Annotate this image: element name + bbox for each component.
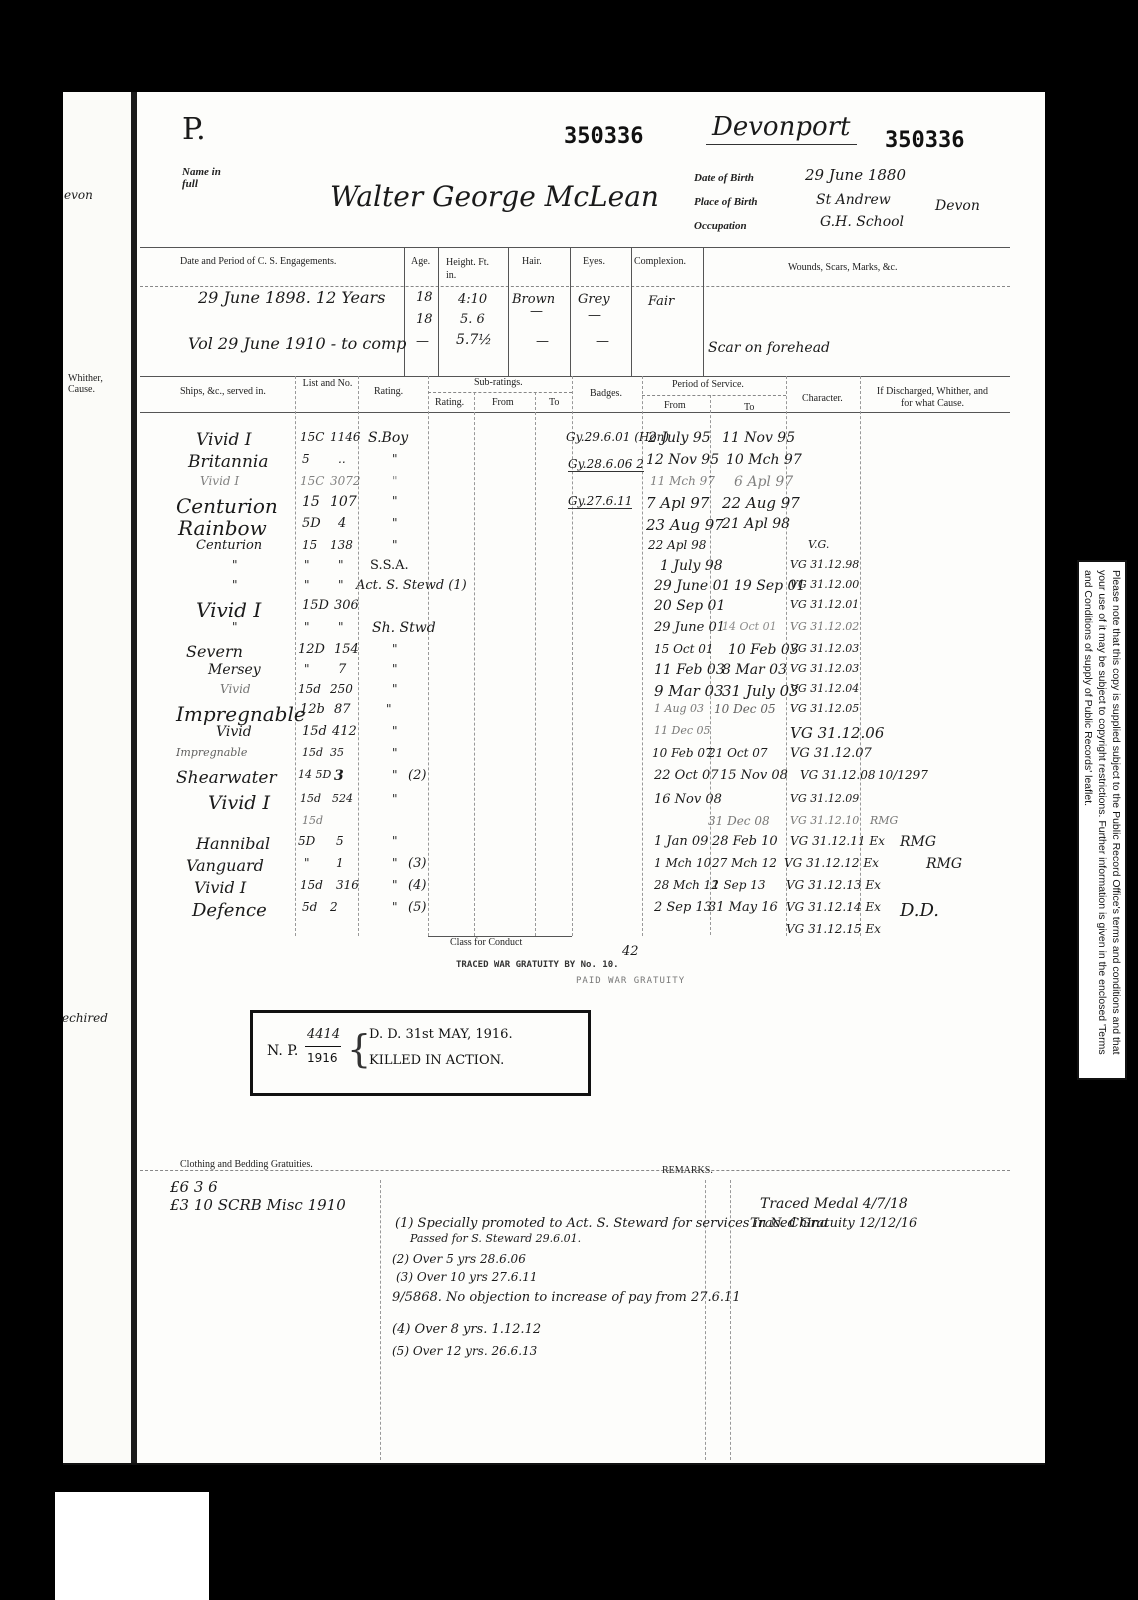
height-2: 5. 6 bbox=[460, 312, 485, 327]
name-label: Name in full bbox=[182, 166, 237, 190]
sheet-edge bbox=[63, 1463, 1045, 1465]
number: 3072 bbox=[330, 474, 361, 488]
service-row: Vanguard " 1 " (3) 1 Mch 10 27 Mch 12 VG… bbox=[0, 856, 1138, 876]
list: " bbox=[304, 620, 310, 634]
to: 6 Apl 97 bbox=[734, 474, 793, 490]
rating: " bbox=[386, 702, 392, 716]
list: 12D bbox=[298, 642, 325, 657]
remarks-label: REMARKS. bbox=[662, 1165, 713, 1176]
number: " bbox=[338, 558, 344, 572]
ship: Centurion bbox=[196, 538, 262, 553]
character: VG 31.12.07 bbox=[790, 746, 872, 761]
copyright-notice-text: Please note that this copy is supplied s… bbox=[1081, 570, 1123, 1070]
ship: Shearwater bbox=[176, 768, 277, 788]
from: 20 Sep 01 bbox=[654, 598, 725, 614]
service-row: Severn 12D 154 " 15 Oct 01 10 Feb 03 VG … bbox=[0, 642, 1138, 662]
class-for-conduct-label: Class for Conduct bbox=[450, 937, 522, 948]
character: VG 31.12.05 bbox=[790, 702, 859, 715]
list: 15 bbox=[302, 494, 320, 510]
number: 3 bbox=[334, 768, 344, 784]
list: 15d bbox=[302, 724, 327, 739]
list: " bbox=[304, 662, 310, 676]
to: 1 Sep 13 bbox=[712, 878, 766, 892]
ship: " bbox=[232, 578, 238, 592]
sub-note: (3) bbox=[408, 856, 426, 871]
character: VG 31.12.98 bbox=[790, 558, 859, 571]
number: 107 bbox=[330, 494, 357, 510]
to: 31 Dec 08 bbox=[708, 814, 770, 828]
list: 15d bbox=[300, 792, 321, 805]
hair-3: — bbox=[536, 334, 549, 349]
from: 1 Mch 10 bbox=[654, 856, 711, 870]
character: VG 31.12.10 bbox=[790, 814, 859, 827]
number: 250 bbox=[330, 682, 353, 696]
service-row: Impregnable 15d 35 " 10 Feb 07 21 Oct 07… bbox=[0, 746, 1138, 766]
list: " bbox=[304, 578, 310, 592]
service-row: Vivid I 15d 316 " (4) 28 Mch 12 1 Sep 13… bbox=[0, 878, 1138, 898]
age-3: — bbox=[416, 334, 429, 349]
list: 5 bbox=[302, 452, 310, 466]
character: VG 31.12.01 bbox=[790, 598, 859, 611]
from: 9 Mar 03 bbox=[654, 682, 724, 700]
service-row: Vivid I 15D 306 20 Sep 01 VG 31.12.01 bbox=[0, 598, 1138, 618]
hair-2: — bbox=[530, 304, 543, 319]
character: VG 31.12.03 bbox=[790, 662, 859, 675]
to: 10 Feb 03 bbox=[728, 642, 799, 658]
col-rule bbox=[380, 1180, 381, 1460]
from: 29 June 01 bbox=[654, 620, 725, 635]
number: 87 bbox=[334, 702, 351, 717]
rating: S.S.A. bbox=[370, 558, 409, 573]
divider bbox=[140, 247, 1010, 248]
to: 22 Aug 97 bbox=[722, 494, 800, 512]
service-row: Hannibal 5D 5 " 1 Jan 09 28 Feb 10 VG 31… bbox=[0, 834, 1138, 854]
engagement-1: 29 June 1898. 12 Years bbox=[198, 288, 385, 307]
rating: " bbox=[392, 682, 398, 696]
character: VG 31.12.13 Ex bbox=[786, 878, 881, 892]
list: " bbox=[304, 856, 310, 870]
margin-header-whither: Whither, bbox=[68, 373, 103, 384]
rating: " bbox=[392, 516, 398, 530]
hdr-period: Period of Service. bbox=[672, 379, 744, 390]
from: 23 Aug 97 bbox=[646, 516, 724, 534]
note: RMG bbox=[870, 814, 898, 827]
pob-value: St Andrew bbox=[816, 192, 891, 208]
service-row: Vivid I 15d 524 " 16 Nov 08 VG 31.12.09 bbox=[0, 792, 1138, 812]
height-3: 5.7½ bbox=[456, 332, 492, 348]
character: VG 31.12.12 Ex bbox=[784, 856, 879, 870]
from: 1 Aug 03 bbox=[654, 702, 704, 715]
rating: " bbox=[392, 878, 398, 892]
np-number: 4414 bbox=[307, 1027, 340, 1042]
rating: " bbox=[392, 834, 398, 848]
col-rule bbox=[570, 247, 571, 376]
hdr-period-from: From bbox=[664, 400, 686, 411]
service-row: Vivid I 15C 3072 " 11 Mch 97 6 Apl 97 bbox=[0, 474, 1138, 494]
to: 14 Oct 01 bbox=[722, 620, 777, 633]
hdr-sub-rating: Rating. bbox=[435, 397, 464, 408]
service-row: Centurion 15 138 " 22 Apl 98 V.G. bbox=[0, 538, 1138, 558]
ship: Vivid bbox=[220, 682, 251, 696]
list: 15D bbox=[302, 598, 329, 613]
service-row: " " " S.S.A. 1 July 98 VG 31.12.98 bbox=[0, 558, 1138, 578]
hdr-eyes: Eyes. bbox=[583, 256, 605, 267]
from: 22 Apl 98 bbox=[648, 538, 706, 552]
clothing-entry-2: £3 10 SCRB Misc 1910 bbox=[170, 1196, 346, 1214]
service-row: VG 31.12.15 Ex bbox=[0, 922, 1138, 942]
character: VG 31.12.04 bbox=[790, 682, 859, 695]
from: 10 Feb 07 bbox=[652, 746, 713, 760]
hdr-period-to: To bbox=[744, 402, 754, 413]
ship: Centurion bbox=[176, 494, 278, 518]
character: VG 31.12.06 bbox=[790, 724, 884, 742]
character: VG 31.12.08 bbox=[800, 768, 876, 782]
number: 316 bbox=[336, 878, 359, 892]
full-name: Walter George McLean bbox=[330, 180, 659, 213]
character: VG 31.12.00 bbox=[790, 578, 859, 591]
to: 21 Apl 98 bbox=[722, 516, 790, 532]
divider bbox=[140, 286, 1010, 287]
margin-fragment: evon bbox=[64, 188, 93, 202]
number: 35 bbox=[330, 746, 344, 759]
list: 15d bbox=[302, 746, 323, 759]
list: 5D bbox=[302, 516, 321, 531]
traced-medal-note: Traced Medal 4/7/18 bbox=[760, 1196, 908, 1212]
sub-note: (2) bbox=[408, 768, 426, 783]
from: 11 Dec 05 bbox=[654, 724, 710, 737]
remark-5: (5) Over 12 yrs. 26.6.13 bbox=[392, 1344, 537, 1358]
from: 15 Oct 01 bbox=[654, 642, 714, 656]
np-year: 1916 bbox=[307, 1051, 338, 1065]
ship: Impregnable bbox=[176, 702, 306, 726]
list: 15C bbox=[300, 430, 324, 444]
service-row: Vivid I 15C 1146 S.Boy 2 July 95 11 Nov … bbox=[0, 430, 1138, 450]
traced-gratuity-stamp: TRACED WAR GRATUITY BY No. 10. bbox=[456, 960, 619, 970]
rating: " bbox=[392, 538, 398, 552]
character: V.G. bbox=[808, 538, 829, 551]
number: 154 bbox=[334, 642, 359, 657]
blank-label-area bbox=[55, 1492, 209, 1600]
list: 15d bbox=[298, 682, 321, 696]
ship: Vivid I bbox=[208, 792, 270, 814]
number: 412 bbox=[332, 724, 357, 739]
complexion-1: Fair bbox=[648, 294, 674, 309]
list: 15d bbox=[300, 878, 323, 892]
clothing-entry-1: £6 3 6 bbox=[170, 1178, 218, 1196]
rating: " bbox=[392, 900, 398, 914]
age-1: 18 bbox=[416, 290, 433, 305]
paid-gratuity-stamp: PAID WAR GRATUITY bbox=[576, 976, 685, 986]
service-row: Vivid 15d 250 " 9 Mar 03 31 July 03 VG 3… bbox=[0, 682, 1138, 702]
from: 11 Feb 03 bbox=[654, 662, 725, 678]
from: 22 Oct 07 bbox=[654, 768, 719, 783]
list: 12b bbox=[300, 702, 325, 717]
hdr-age: Age. bbox=[411, 256, 430, 267]
remark-4: (4) Over 8 yrs. 1.12.12 bbox=[392, 1322, 541, 1337]
ship: Vivid I bbox=[196, 598, 261, 622]
service-row: Mersey " 7 " 11 Feb 03 8 Mar 03 VG 31.12… bbox=[0, 662, 1138, 682]
death-stamp: N. P. 4414 1916 { D. D. 31st MAY, 1916. … bbox=[250, 1010, 591, 1096]
to: 27 Mch 12 bbox=[712, 856, 777, 870]
number: 2 bbox=[330, 900, 338, 914]
rating: " bbox=[392, 856, 398, 870]
service-row: Britannia 5 .. " 12 Nov 95 10 Mch 97 bbox=[0, 452, 1138, 472]
divider bbox=[140, 412, 1010, 413]
list: 15d bbox=[302, 814, 323, 827]
note: 10/1297 bbox=[878, 768, 928, 782]
character: VG 31.12.11 Ex bbox=[790, 834, 885, 848]
occupation-value: G.H. School bbox=[820, 214, 904, 230]
dob-value: 29 June 1880 bbox=[805, 166, 906, 184]
eyes-1: Grey bbox=[578, 292, 610, 307]
to: 21 Oct 07 bbox=[708, 746, 768, 760]
pob-label: Place of Birth bbox=[694, 196, 758, 208]
service-row: " " " Sh. Stwd 29 June 01 14 Oct 01 VG 3… bbox=[0, 620, 1138, 640]
service-row: " " " Act. S. Stewd (1) 29 June 01 19 Se… bbox=[0, 578, 1138, 598]
number: 1146 bbox=[330, 430, 361, 444]
service-row: Impregnable 12b 87 " 1 Aug 03 10 Dec 05 … bbox=[0, 702, 1138, 722]
col-rule bbox=[404, 247, 405, 376]
ship: Impregnable bbox=[176, 746, 247, 759]
col-rule bbox=[631, 247, 632, 376]
service-row: Centurion 15 107 " 7 Apl 97 22 Aug 97 bbox=[0, 494, 1138, 514]
rating: Act. S. Stewd (1) bbox=[356, 578, 467, 593]
margin-fragment: echired bbox=[62, 1011, 108, 1025]
hdr-character: Character. bbox=[802, 393, 843, 404]
service-number-left: 350336 bbox=[564, 124, 643, 149]
from: 11 Mch 97 bbox=[650, 474, 715, 488]
from: 2 July 95 bbox=[648, 430, 711, 446]
to: 10 Mch 97 bbox=[726, 452, 802, 468]
character: VG 31.12.15 Ex bbox=[786, 922, 881, 936]
rating: S.Boy bbox=[368, 430, 408, 446]
ship: " bbox=[232, 558, 238, 572]
number: 1 bbox=[336, 856, 344, 870]
hdr-list-no: List and No. bbox=[300, 378, 355, 389]
np-fraction-line bbox=[305, 1046, 341, 1047]
hdr-rating: Rating. bbox=[374, 386, 403, 397]
service-row: Rainbow 5D 4 " 23 Aug 97 21 Apl 98 bbox=[0, 516, 1138, 536]
brace: { bbox=[347, 1029, 371, 1069]
to: 8 Mar 03 bbox=[722, 662, 787, 678]
remark-2: (2) Over 5 yrs 28.6.06 bbox=[392, 1252, 526, 1266]
to: 10 Dec 05 bbox=[714, 702, 776, 716]
number: 138 bbox=[330, 538, 353, 552]
list: 5D bbox=[298, 834, 315, 848]
to: 11 Nov 95 bbox=[722, 430, 795, 446]
hdr-badges: Badges. bbox=[590, 388, 622, 399]
ship: Defence bbox=[192, 900, 267, 921]
number: 306 bbox=[334, 598, 359, 613]
eyes-2: — bbox=[588, 308, 601, 323]
rating: " bbox=[392, 452, 398, 466]
note: RMG bbox=[926, 856, 962, 872]
ship: Mersey bbox=[208, 662, 261, 678]
ship: Severn bbox=[186, 642, 243, 661]
divider bbox=[140, 1170, 1010, 1171]
sub-note: (4) bbox=[408, 878, 426, 893]
occupation-label: Occupation bbox=[694, 220, 747, 232]
list: 14 5D bbox=[298, 768, 331, 781]
note: D.D. bbox=[900, 900, 939, 921]
number: " bbox=[338, 578, 344, 592]
divider bbox=[428, 392, 572, 393]
ship: Vivid I bbox=[200, 474, 239, 488]
hdr-sub-to: To bbox=[549, 397, 559, 408]
rating: " bbox=[392, 494, 398, 508]
remark-1b: Passed for S. Steward 29.6.01. bbox=[410, 1232, 581, 1245]
rating: " bbox=[392, 724, 398, 738]
service-row: Defence 5d 2 " (5) 2 Sep 13 31 May 16 VG… bbox=[0, 900, 1138, 920]
ship: Hannibal bbox=[196, 834, 270, 853]
list: 5d bbox=[302, 900, 317, 914]
hdr-ships: Ships, &c., served in. bbox=[180, 386, 266, 397]
to: 31 May 16 bbox=[708, 900, 778, 915]
marks-3: Scar on forehead bbox=[708, 340, 830, 356]
age-2: 18 bbox=[416, 312, 433, 327]
remark-3: (3) Over 10 yrs 27.6.11 bbox=[396, 1270, 537, 1284]
margin-header-cause: Cause. bbox=[68, 384, 103, 395]
from: 2 Sep 13 bbox=[654, 900, 712, 915]
hdr-discharged: If Discharged, Whither, and for what Cau… bbox=[870, 386, 995, 410]
np-label: N. P. bbox=[267, 1043, 298, 1059]
sub-note: (5) bbox=[408, 900, 426, 915]
engagement-2: Vol 29 June 1910 - to comp bbox=[188, 334, 406, 353]
from: 1 July 98 bbox=[660, 558, 723, 574]
list: 15 bbox=[302, 538, 317, 552]
number: 4 bbox=[338, 516, 346, 531]
ship: Vivid I bbox=[194, 878, 246, 897]
hdr-complexion: Complexion. bbox=[634, 256, 686, 267]
corner-mark: P. bbox=[182, 112, 206, 147]
to: 31 July 03 bbox=[722, 682, 799, 700]
character: VG 31.12.02 bbox=[790, 620, 859, 633]
number: 7 bbox=[338, 662, 346, 677]
col-rule bbox=[438, 247, 439, 376]
port-division: Devonport bbox=[706, 112, 857, 145]
rating: Sh. Stwd bbox=[372, 620, 436, 636]
death-cause: KILLED IN ACTION. bbox=[369, 1053, 504, 1068]
rating: " bbox=[392, 662, 398, 676]
ship: Britannia bbox=[188, 452, 269, 472]
service-number-right: 350336 bbox=[885, 128, 964, 153]
divider bbox=[140, 376, 1010, 377]
traced-gratuity-note: Traced Gratuity 12/12/16 bbox=[750, 1216, 917, 1231]
from: 12 Nov 95 bbox=[646, 452, 719, 468]
from: 1 Jan 09 bbox=[654, 834, 708, 849]
gratuity-correction: 42 bbox=[622, 944, 639, 959]
ship: " bbox=[232, 620, 238, 634]
from: 7 Apl 97 bbox=[646, 494, 709, 512]
hdr-height: Height. Ft. in. bbox=[446, 256, 496, 282]
rating: " bbox=[392, 642, 398, 656]
ship: Vanguard bbox=[186, 856, 264, 875]
hdr-sub-ratings: Sub-ratings. bbox=[474, 377, 523, 388]
service-row: Vivid 15d 412 " 11 Dec 05 VG 31.12.06 bbox=[0, 724, 1138, 744]
list: 15C bbox=[300, 474, 324, 488]
character: VG 31.12.03 bbox=[790, 642, 859, 655]
number: 524 bbox=[332, 792, 353, 805]
list: " bbox=[304, 558, 310, 572]
rating: " bbox=[392, 768, 398, 782]
hdr-engagement: Date and Period of C. S. Engagements. bbox=[180, 256, 336, 267]
note: RMG bbox=[900, 834, 936, 850]
to: 28 Feb 10 bbox=[712, 834, 778, 849]
hdr-hair: Hair. bbox=[522, 256, 542, 267]
service-row: Shearwater 14 5D 3 " (2) 22 Oct 07 15 No… bbox=[0, 768, 1138, 788]
remark-pay: 9/5868. No objection to increase of pay … bbox=[392, 1290, 741, 1305]
ship: Vivid I bbox=[196, 430, 251, 450]
ship: Vivid bbox=[216, 724, 252, 740]
rating: " bbox=[392, 746, 398, 760]
hdr-sub-from: From bbox=[492, 397, 514, 408]
death-date: D. D. 31st MAY, 1916. bbox=[369, 1027, 513, 1042]
rating: " bbox=[392, 474, 398, 488]
height-1: 4:10 bbox=[458, 292, 487, 307]
from: 29 June 01 bbox=[654, 578, 730, 594]
dob-label: Date of Birth bbox=[694, 172, 754, 184]
from: 16 Nov 08 bbox=[654, 792, 722, 807]
col-rule bbox=[703, 247, 704, 376]
service-row: 15d 31 Dec 08 VG 31.12.10 RMG bbox=[0, 814, 1138, 834]
eyes-3: — bbox=[596, 334, 609, 349]
number: .. bbox=[338, 452, 346, 466]
copyright-notice: Please note that this copy is supplied s… bbox=[1077, 560, 1127, 1080]
number: " bbox=[338, 620, 344, 634]
clothing-label: Clothing and Bedding Gratuities. bbox=[180, 1159, 313, 1170]
from: 28 Mch 12 bbox=[654, 878, 719, 892]
hdr-wounds: Wounds, Scars, Marks, &c. bbox=[788, 262, 897, 273]
margin-header: Whither, Cause. bbox=[68, 373, 103, 395]
ship: Rainbow bbox=[178, 516, 267, 540]
pob-county: Devon bbox=[935, 198, 980, 214]
character: VG 31.12.14 Ex bbox=[786, 900, 881, 914]
character: VG 31.12.09 bbox=[790, 792, 859, 805]
divider bbox=[642, 395, 786, 396]
col-rule bbox=[508, 247, 509, 376]
number: 5 bbox=[336, 834, 344, 848]
rating: " bbox=[392, 792, 398, 806]
to: 15 Nov 08 bbox=[720, 768, 788, 783]
